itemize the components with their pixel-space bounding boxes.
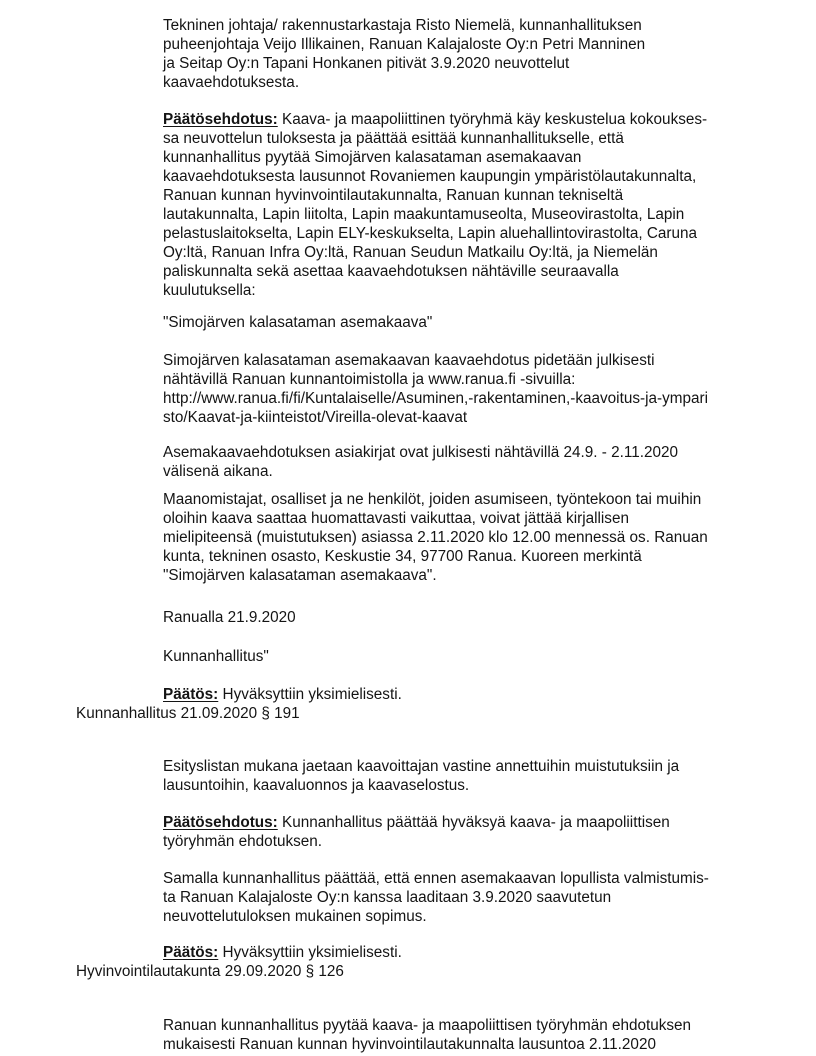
decision-label: Päätös: [163,686,218,703]
proposal-label: Päätösehdotus: [163,111,278,128]
decision-paragraph-1: Päätös: Hyväksyttiin yksimielisesti. [163,685,743,704]
decision-paragraph-2: Päätös: Hyväksyttiin yksimielisesti. [163,943,743,962]
proposal-text: Kaava- ja maapoliittinen työryhmä käy ke… [163,111,707,299]
intro-paragraph: Tekninen johtaja/ rakennustarkastaja Ris… [163,16,743,92]
notice-title: "Simojärven kalasataman asemakaava" [163,313,743,332]
decision-text: Hyväksyttiin yksimielisesti. [218,944,402,961]
proposal-paragraph-2: Päätösehdotus: Kunnanhallitus päättää hy… [163,813,743,851]
notice-objections: Maanomistajat, osalliset ja ne henkilöt,… [163,490,743,585]
section-3-intro: Ranuan kunnanhallitus pyytää kaava- ja m… [163,1016,743,1054]
section-heading-hyvinvointilautakunta: Hyvinvointilautakunta 29.09.2020 § 126 [76,962,344,981]
notice-place-date: Ranualla 21.9.2020 [163,608,743,627]
section-2-additional: Samalla kunnanhallitus päättää, että enn… [163,869,743,926]
decision-text: Hyväksyttiin yksimielisesti. [218,686,402,703]
section-heading-kunnanhallitus: Kunnanhallitus 21.09.2020 § 191 [76,704,300,723]
decision-label: Päätös: [163,944,218,961]
notice-availability: Simojärven kalasataman asemakaavan kaava… [163,351,743,427]
notice-period: Asemakaavaehdotuksen asiakirjat ovat jul… [163,443,743,481]
section-2-intro: Esityslistan mukana jaetaan kaavoittajan… [163,757,743,795]
proposal-label: Päätösehdotus: [163,814,278,831]
notice-signature: Kunnanhallitus" [163,647,743,666]
proposal-paragraph-1: Päätösehdotus: Kaava- ja maapoliittinen … [163,110,743,300]
